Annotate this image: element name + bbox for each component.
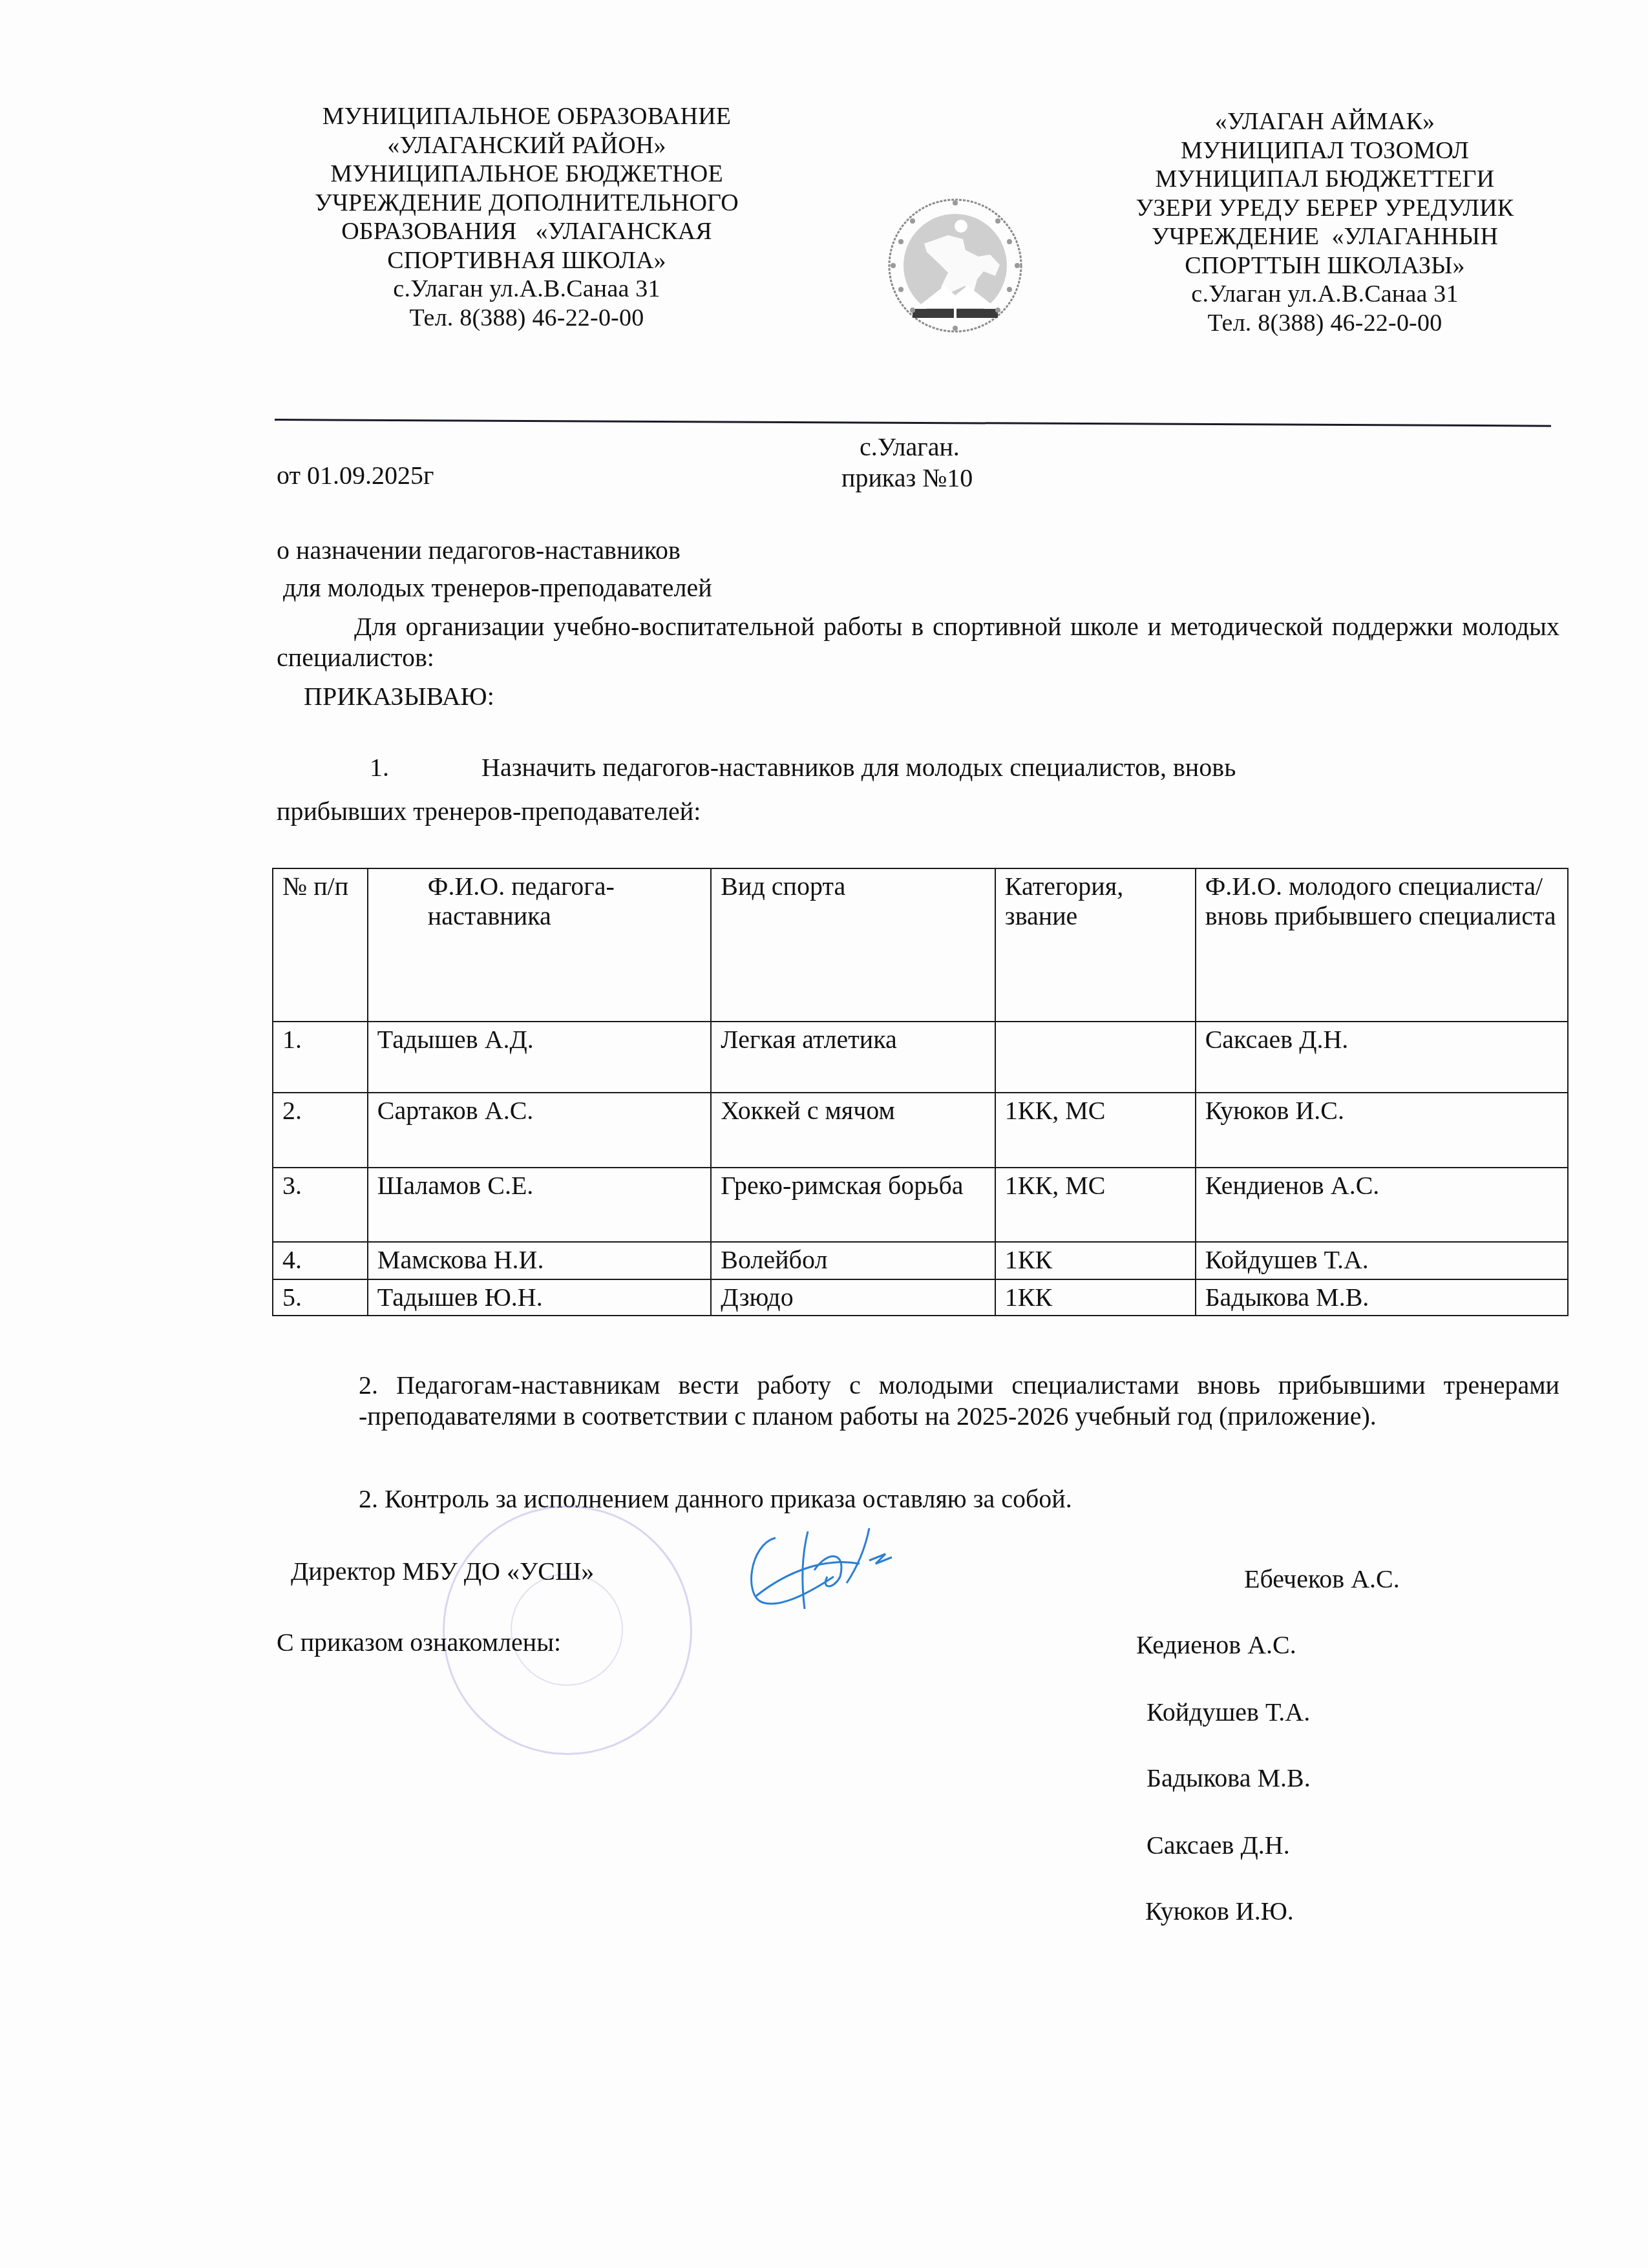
cell-number: 4. <box>273 1242 368 1279</box>
cell-number: 1. <box>273 1022 368 1093</box>
item2-paragraph: 2. Педагогам-наставникам вести работу с … <box>359 1370 1559 1432</box>
preamble-paragraph: Для организации учебно-воспитательной ра… <box>277 611 1559 673</box>
cell-mentor: Сартаков А.С. <box>368 1093 712 1168</box>
cell-number: 5. <box>273 1279 368 1316</box>
acknowledged-name: Бадыкова М.В. <box>1146 1763 1311 1794</box>
cell-category <box>995 1022 1196 1093</box>
cell-mentor: Тадышев Ю.Н. <box>368 1279 712 1316</box>
subject-line-1: о назначении педагогов-наставников <box>277 535 681 566</box>
signature-icon <box>737 1525 969 1615</box>
item3-paragraph: 2. Контроль за исполнением данного прика… <box>359 1484 1072 1515</box>
header-right-line: УЧРЕЖДЕНИЕ «УЛАГАННЫН <box>1073 222 1577 251</box>
header-cell-young-specialist: Ф.И.О. молодого специалиста/ вновь прибы… <box>1196 868 1568 1022</box>
cell-number: 3. <box>273 1168 368 1242</box>
acknowledged-label: С приказом ознакомлены: <box>277 1627 561 1658</box>
decree-word: ПРИКАЗЫВАЮ: <box>304 681 494 712</box>
item1-number: 1. <box>370 752 389 783</box>
cell-mentor: Тадышев А.Д. <box>368 1022 712 1093</box>
emblem-icon <box>887 195 1024 336</box>
header-left-line: «УЛАГАНСКИЙ РАЙОН» <box>265 131 788 160</box>
header-left-line: ОБРАЗОВАНИЯ «УЛАГАНСКАЯ <box>265 217 788 246</box>
header-left-block: МУНИЦИПАЛЬНОЕ ОБРАЗОВАНИЕ «УЛАГАНСКИЙ РА… <box>265 102 788 332</box>
table-header-row: № п/п Ф.И.О. педагога-наставника Вид спо… <box>273 868 1568 1022</box>
table-row: 4. Мамскова Н.И. Волейбол 1КК Койдушев Т… <box>273 1242 1568 1279</box>
cell-sport: Легкая атлетика <box>711 1022 995 1093</box>
subject-line-2: для молодых тренеров-преподавателей <box>277 572 712 604</box>
cell-category: 1КК <box>995 1242 1196 1279</box>
header-cell-sport: Вид спорта <box>711 868 995 1022</box>
header-left-line: МУНИЦИПАЛЬНОЕ БЮДЖЕТНОЕ <box>265 160 788 189</box>
header-right-line: УЗЕРИ УРЕДУ БЕРЕР УРЕДУЛИК <box>1073 194 1577 223</box>
header-cell-mentor: Ф.И.О. педагога-наставника <box>368 868 712 1022</box>
cell-sport: Хоккей с мячом <box>711 1093 995 1168</box>
cell-young-specialist: Кендиенов А.С. <box>1196 1168 1568 1242</box>
header-left-line: УЧРЕЖДЕНИЕ ДОПОЛНИТЕЛЬНОГО <box>265 189 788 218</box>
acknowledged-name: Кедиенов А.С. <box>1136 1630 1296 1661</box>
item1-text-line2: прибывших тренеров-преподавателей: <box>277 796 701 827</box>
item1-text-line1: Назначить педагогов-наставников для моло… <box>481 752 1236 783</box>
order-place: с.Улаган. <box>860 432 960 463</box>
header-left-line: СПОРТИВНАЯ ШКОЛА» <box>265 246 788 275</box>
acknowledged-name: Койдушев Т.А. <box>1146 1697 1310 1728</box>
cell-category: 1КК, МС <box>995 1168 1196 1242</box>
header-right-line: МУНИЦИПАЛ БЮДЖЕТТЕГИ <box>1073 165 1577 194</box>
header-right-address: с.Улаган ул.А.В.Санаа 31 <box>1073 280 1577 309</box>
table-row: 1. Тадышев А.Д. Легкая атлетика Саксаев … <box>273 1022 1568 1093</box>
header-right-line: МУНИЦИПАЛ ТОЗОМОЛ <box>1073 136 1577 165</box>
header-right-line: СПОРТТЫН ШКОЛАЗЫ» <box>1073 251 1577 280</box>
header-left-phone: Тел. 8(388) 46-22-0-00 <box>265 304 788 333</box>
acknowledged-name: Куюков И.Ю. <box>1145 1896 1294 1927</box>
director-name: Ебечеков А.С. <box>1244 1564 1400 1595</box>
table-row: 3. Шаламов С.Е. Греко-римская борьба 1КК… <box>273 1168 1568 1242</box>
header-divider <box>275 419 1551 427</box>
cell-mentor: Мамскова Н.И. <box>368 1242 712 1279</box>
cell-sport: Греко-римская борьба <box>711 1168 995 1242</box>
cell-young-specialist: Саксаев Д.Н. <box>1196 1022 1568 1093</box>
header-left-line: МУНИЦИПАЛЬНОЕ ОБРАЗОВАНИЕ <box>265 102 788 131</box>
cell-sport: Волейбол <box>711 1242 995 1279</box>
cell-young-specialist: Бадыкова М.В. <box>1196 1279 1568 1316</box>
mentors-table: № п/п Ф.И.О. педагога-наставника Вид спо… <box>272 868 1569 1316</box>
cell-young-specialist: Куюков И.С. <box>1196 1093 1568 1168</box>
cell-mentor: Шаламов С.Е. <box>368 1168 712 1242</box>
header-right-line: «УЛАГАН АЙМАК» <box>1073 107 1577 136</box>
cell-sport: Дзюдо <box>711 1279 995 1316</box>
order-number: приказ №10 <box>841 463 973 494</box>
cell-category: 1КК, МС <box>995 1093 1196 1168</box>
table-row: 2. Сартаков А.С. Хоккей с мячом 1КК, МС … <box>273 1093 1568 1168</box>
header-cell-category: Категория, звание <box>995 868 1196 1022</box>
header-cell-number: № п/п <box>273 868 368 1022</box>
order-date: от 01.09.2025г <box>277 460 434 491</box>
director-position: Директор МБУ ДО «УСШ» <box>291 1556 594 1587</box>
header-right-phone: Тел. 8(388) 46-22-0-00 <box>1073 309 1577 338</box>
cell-young-specialist: Койдушев Т.А. <box>1196 1242 1568 1279</box>
acknowledged-name: Саксаев Д.Н. <box>1146 1830 1290 1861</box>
table-row: 5. Тадышев Ю.Н. Дзюдо 1КК Бадыкова М.В. <box>273 1279 1568 1316</box>
header-left-address: с.Улаган ул.А.В.Санаа 31 <box>265 275 788 304</box>
cell-number: 2. <box>273 1093 368 1168</box>
header-right-block: «УЛАГАН АЙМАК» МУНИЦИПАЛ ТОЗОМОЛ МУНИЦИП… <box>1073 107 1577 337</box>
cell-category: 1КК <box>995 1279 1196 1316</box>
